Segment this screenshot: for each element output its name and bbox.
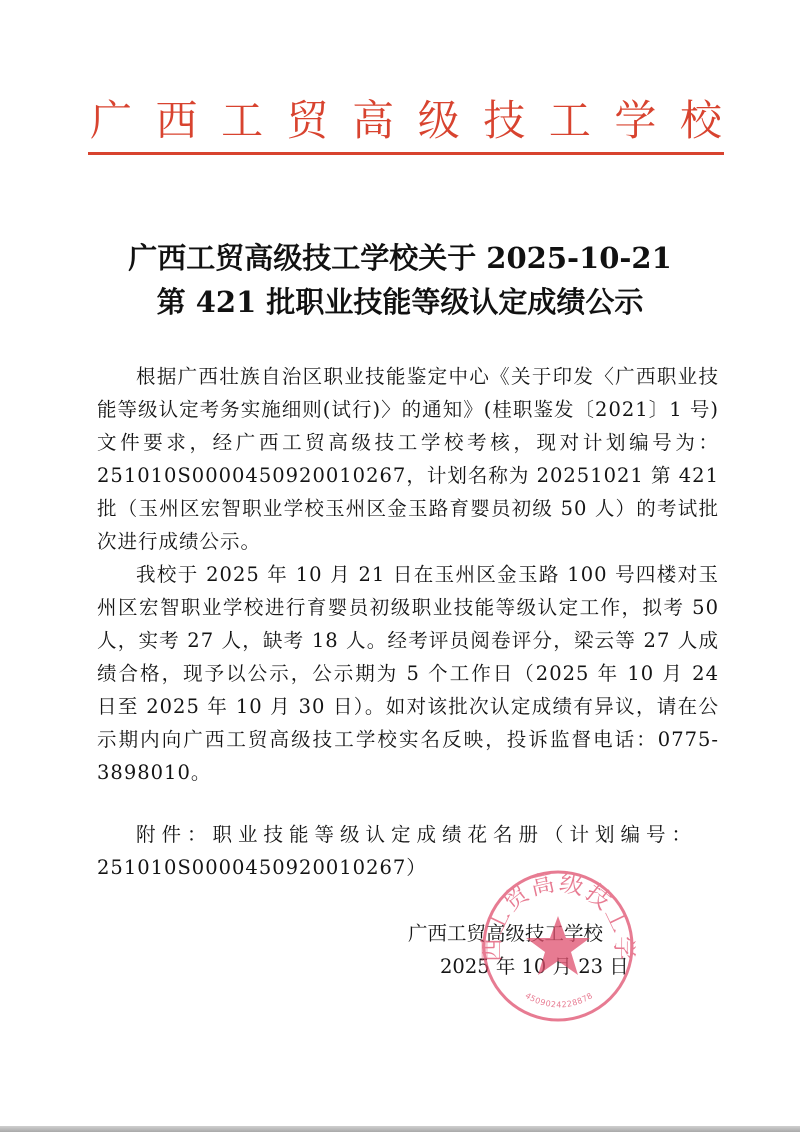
scan-edge (0, 1126, 800, 1132)
document-title-line2: 第 421 批职业技能等级认定成绩公示 (0, 282, 800, 322)
signature-organization: 广西工贸高级技工学校 (408, 917, 648, 950)
letterhead-char: 贸 (285, 96, 331, 146)
letterhead-char: 广 (88, 96, 134, 146)
document-title-line1: 广西工贸高级技工学校关于 2025-10-21 (0, 238, 800, 278)
signature-date: 2025 年 10 月 23 日 (408, 950, 648, 983)
attachment-label: 附件：职业技能等级认定成绩花名册（计划编号： (97, 818, 719, 851)
letterhead-divider (88, 152, 724, 155)
letterhead-char: 级 (416, 96, 462, 146)
attachment-plan-number: 251010S0000450920010267） (97, 851, 719, 884)
letterhead: 广 西 工 贸 高 级 技 工 学 校 (88, 96, 724, 146)
attachment-note: 附件：职业技能等级认定成绩花名册（计划编号： 251010S0000450920… (97, 818, 719, 884)
document-body: 根据广西壮族自治区职业技能鉴定中心《关于印发〈广西职业技能等级认定考务实施细则(… (97, 360, 719, 789)
letterhead-char: 西 (154, 96, 200, 146)
letterhead-char: 校 (678, 96, 724, 146)
seal-code: 4509024228878 (524, 991, 595, 1009)
body-paragraph-2: 我校于 2025 年 10 月 21 日在玉州区金玉路 100 号四楼对玉州区宏… (97, 558, 719, 789)
body-paragraph-1: 根据广西壮族自治区职业技能鉴定中心《关于印发〈广西职业技能等级认定考务实施细则(… (97, 360, 719, 558)
svg-text:4509024228878: 4509024228878 (524, 991, 595, 1009)
letterhead-char: 高 (350, 96, 396, 146)
letterhead-char: 学 (612, 96, 658, 146)
letterhead-char: 工 (547, 96, 593, 146)
letterhead-char: 技 (481, 96, 527, 146)
signature-block: 广西工贸高级技工学校 2025 年 10 月 23 日 (408, 917, 648, 983)
letterhead-char: 工 (219, 96, 265, 146)
